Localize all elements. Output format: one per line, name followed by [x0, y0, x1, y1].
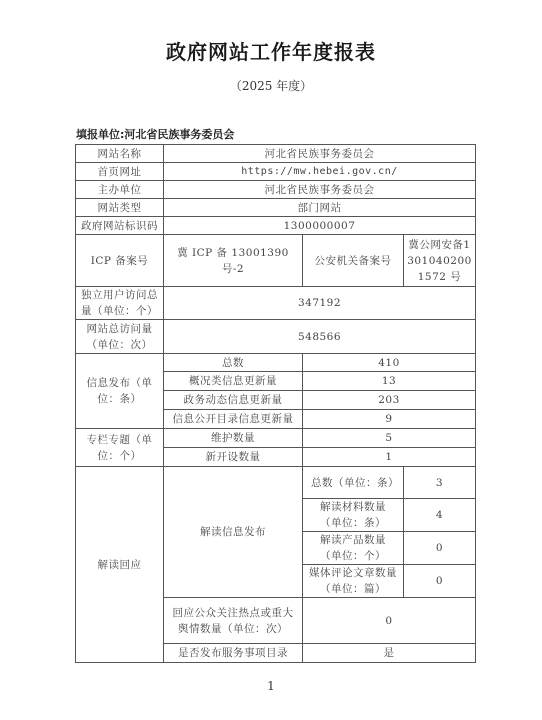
- interp-products-value: 0: [404, 532, 476, 565]
- interp-media-label: 媒体评论文章数量（单位：篇）: [303, 565, 404, 598]
- info-overview-label: 概况类信息更新量: [164, 372, 303, 391]
- report-table: 网站名称 河北省民族事务委员会 首页网址 https://mw.hebei.go…: [75, 144, 476, 663]
- info-dynamics-label: 政务动态信息更新量: [164, 391, 303, 410]
- interp-materials-label: 解读材料数量（单位：条）: [303, 499, 404, 532]
- interp-media-value: 0: [404, 565, 476, 598]
- info-total-label: 总数: [164, 354, 303, 372]
- homepage-label: 首页网址: [76, 163, 164, 181]
- hotspot-label: 回应公众关注热点或重大舆情数量（单位：次）: [164, 598, 303, 644]
- site-id-label: 政府网站标识码: [76, 217, 164, 235]
- police-value: 冀公网安备13010402001572 号: [404, 235, 476, 287]
- table-row: 首页网址 https://mw.hebei.gov.cn/: [76, 163, 476, 181]
- columns-maintained-label: 维护数量: [164, 429, 303, 448]
- table-row: 政府网站标识码 1300000007: [76, 217, 476, 235]
- table-row: ICP 备案号 冀 ICP 备 13001390 号-2 公安机关备案号 冀公网…: [76, 235, 476, 287]
- info-dynamics-value: 203: [303, 391, 476, 410]
- columns-new-value: 1: [303, 448, 476, 467]
- report-year: （2025 年度）: [0, 77, 542, 94]
- columns-label: 专栏专题（单位：个）: [76, 429, 164, 467]
- table-row: 独立用户访问总量（单位：个） 347192: [76, 287, 476, 320]
- site-name-label: 网站名称: [76, 145, 164, 163]
- columns-maintained-value: 5: [303, 429, 476, 448]
- table-row: 解读回应 解读信息发布 总数（单位：条） 3: [76, 467, 476, 499]
- interp-total-label: 总数（单位：条）: [303, 467, 404, 499]
- total-visits-label: 网站总访问量（单位：次）: [76, 320, 164, 354]
- site-name-value: 河北省民族事务委员会: [164, 145, 476, 163]
- sponsor-label: 主办单位: [76, 181, 164, 199]
- columns-new-label: 新开设数量: [164, 448, 303, 467]
- unique-users-value: 347192: [164, 287, 476, 320]
- interp-total-value: 3: [404, 467, 476, 499]
- table-row: 网站类型 部门网站: [76, 199, 476, 217]
- info-publish-label: 信息发布（单位：条）: [76, 354, 164, 429]
- interp-materials-value: 4: [404, 499, 476, 532]
- info-overview-value: 13: [303, 372, 476, 391]
- page-number: 1: [0, 679, 542, 693]
- reporting-unit: 填报单位:河北省民族事务委员会: [76, 126, 234, 142]
- table-row: 信息发布（单位：条） 总数 410: [76, 354, 476, 372]
- interpretation-publish-label: 解读信息发布: [164, 467, 303, 598]
- service-catalog-value: 是: [303, 644, 476, 663]
- icp-value: 冀 ICP 备 13001390 号-2: [164, 235, 303, 287]
- table-row: 网站名称 河北省民族事务委员会: [76, 145, 476, 163]
- table-row: 主办单位 河北省民族事务委员会: [76, 181, 476, 199]
- info-catalog-value: 9: [303, 410, 476, 429]
- hotspot-value: 0: [303, 598, 476, 644]
- total-visits-value: 548566: [164, 320, 476, 354]
- sponsor-value: 河北省民族事务委员会: [164, 181, 476, 199]
- table-row: 专栏专题（单位：个） 维护数量 5: [76, 429, 476, 448]
- interp-products-label: 解读产品数量（单位：个）: [303, 532, 404, 565]
- interpretation-label: 解读回应: [76, 467, 164, 663]
- site-id-value: 1300000007: [164, 217, 476, 235]
- service-catalog-label: 是否发布服务事项目录: [164, 644, 303, 663]
- table-row: 网站总访问量（单位：次） 548566: [76, 320, 476, 354]
- unique-users-label: 独立用户访问总量（单位：个）: [76, 287, 164, 320]
- info-total-value: 410: [303, 354, 476, 372]
- icp-label: ICP 备案号: [76, 235, 164, 287]
- police-label: 公安机关备案号: [303, 235, 404, 287]
- page-title: 政府网站工作年度报表: [0, 36, 542, 65]
- homepage-value: https://mw.hebei.gov.cn/: [164, 163, 476, 181]
- info-catalog-label: 信息公开目录信息更新量: [164, 410, 303, 429]
- site-type-label: 网站类型: [76, 199, 164, 217]
- site-type-value: 部门网站: [164, 199, 476, 217]
